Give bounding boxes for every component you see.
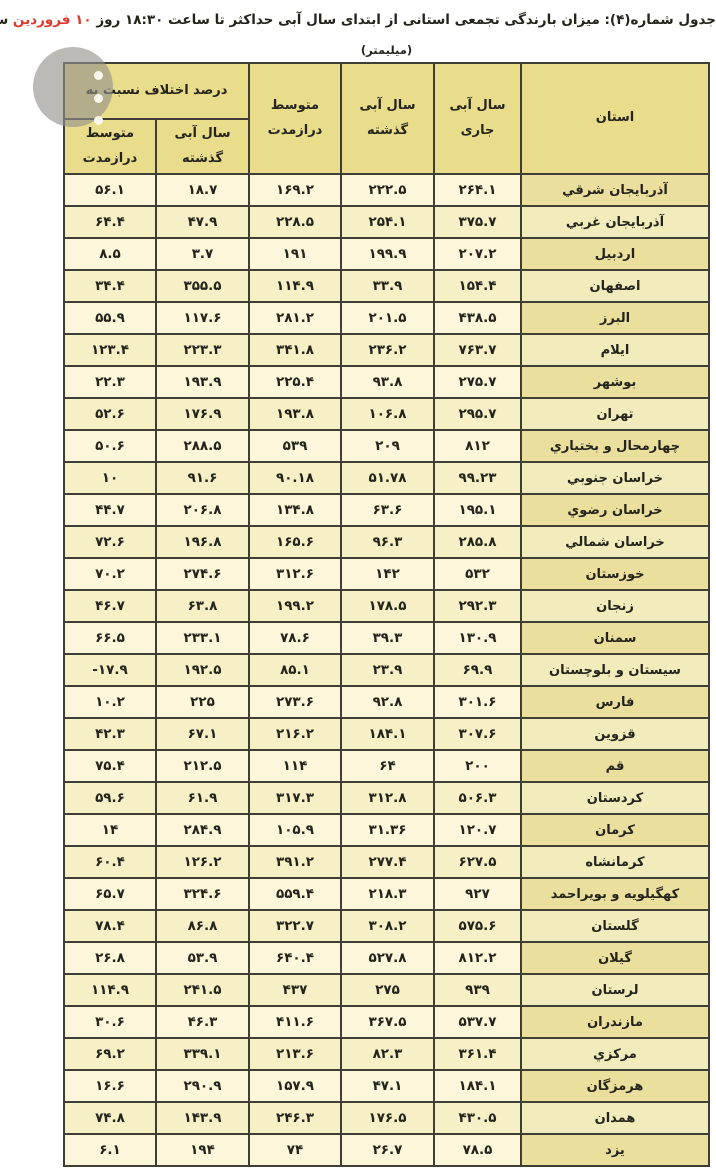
- cell-value: ۱۰: [64, 462, 156, 494]
- cell-value: ۲۸۱.۲: [249, 302, 341, 334]
- cell-province: همدان: [521, 1102, 709, 1134]
- cell-value: ۱۵۷.۹: [249, 1070, 341, 1102]
- cell-value: ۵۹.۶: [64, 782, 156, 814]
- cell-value: ۱۸۴.۱: [341, 718, 434, 750]
- cell-province: گلستان: [521, 910, 709, 942]
- cell-value: ۲۷۴.۶: [156, 558, 249, 590]
- rainfall-table: استان سال آبی جاری سال آبی گذشته متوسط د…: [63, 62, 710, 1167]
- cell-value: ۷۸.۶: [249, 622, 341, 654]
- cell-value: -۱۷.۹: [64, 654, 156, 686]
- menu-dot-icon: [94, 94, 103, 103]
- cell-value: ۱۸.۷: [156, 174, 249, 206]
- table-row: کرمانشاه۶۲۷.۵۲۷۷.۴۳۹۱.۲۱۲۶.۲۶۰.۴: [64, 846, 709, 878]
- table-row: کهگیلویه و بویراحمد۹۲۷۲۱۸.۳۵۵۹.۴۳۲۴.۶۶۵.…: [64, 878, 709, 910]
- cell-value: ۱۲۶.۲: [156, 846, 249, 878]
- cell-value: ۲۷۳.۶: [249, 686, 341, 718]
- cell-province: کهگیلویه و بویراحمد: [521, 878, 709, 910]
- cell-value: ۱۷۶.۵: [341, 1102, 434, 1134]
- cell-value: ۲۷۵: [341, 974, 434, 1006]
- cell-province: البرز: [521, 302, 709, 334]
- table-row: یزد۷۸.۵۲۶.۷۷۴۱۹۴۶.۱: [64, 1134, 709, 1166]
- cell-value: ۴۳۸.۵: [434, 302, 521, 334]
- cell-value: ۲۲۳.۳: [156, 334, 249, 366]
- table-header: استان سال آبی جاری سال آبی گذشته متوسط د…: [64, 63, 709, 174]
- cell-value: ۸۲.۳: [341, 1038, 434, 1070]
- cell-value: ۳۱۷.۳: [249, 782, 341, 814]
- cell-province: آذربایجان غربي: [521, 206, 709, 238]
- table-row: تهران۲۹۵.۷۱۰۶.۸۱۹۳.۸۱۷۶.۹۵۲.۶: [64, 398, 709, 430]
- cell-value: ۹۶.۳: [341, 526, 434, 558]
- cell-value: ۲۵۴.۱: [341, 206, 434, 238]
- cell-value: ۳۹.۳: [341, 622, 434, 654]
- cell-value: ۳۳.۹: [341, 270, 434, 302]
- cell-value: ۶۷.۱: [156, 718, 249, 750]
- cell-province: بوشهر: [521, 366, 709, 398]
- cell-value: ۲۴۱.۵: [156, 974, 249, 1006]
- col-header-current-year: سال آبی جاری: [434, 63, 521, 174]
- cell-value: ۶۴: [341, 750, 434, 782]
- cell-value: ۵۶.۱: [64, 174, 156, 206]
- cell-value: ۸.۵: [64, 238, 156, 270]
- cell-value: ۳۱.۳۶: [341, 814, 434, 846]
- cell-province: خراسان جنوبي: [521, 462, 709, 494]
- cell-value: ۳۲۴.۶: [156, 878, 249, 910]
- cell-value: ۴۶.۷: [64, 590, 156, 622]
- table-row: اصفهان۱۵۴.۴۳۳.۹۱۱۴.۹۳۵۵.۵۳۴.۴: [64, 270, 709, 302]
- cell-value: ۹۳.۸: [341, 366, 434, 398]
- cell-value: ۸۱۲: [434, 430, 521, 462]
- table-row: چهارمحال و بختیاري۸۱۲۲۰۹۵۳۹۲۸۸.۵۵۰.۶: [64, 430, 709, 462]
- table-row: آذربایجان شرقي۲۶۴.۱۲۲۲.۵۱۶۹.۲۱۸.۷۵۶.۱: [64, 174, 709, 206]
- cell-value: ۶۰.۴: [64, 846, 156, 878]
- table-body: آذربایجان شرقي۲۶۴.۱۲۲۲.۵۱۶۹.۲۱۸.۷۵۶.۱آذر…: [64, 174, 709, 1166]
- cell-value: ۳۴۱.۸: [249, 334, 341, 366]
- table-row: خراسان رضوي۱۹۵.۱۶۳.۶۱۳۴.۸۲۰۶.۸۴۴.۷: [64, 494, 709, 526]
- cell-value: ۱۹۲.۵: [156, 654, 249, 686]
- cell-value: ۵۷۵.۶: [434, 910, 521, 942]
- cell-value: ۶۴.۴: [64, 206, 156, 238]
- cell-value: ۵۳.۹: [156, 942, 249, 974]
- table-row: قم۲۰۰۶۴۱۱۴۲۱۲.۵۷۵.۴: [64, 750, 709, 782]
- cell-value: ۱۹۵.۱: [434, 494, 521, 526]
- cell-value: ۱۶۹.۲: [249, 174, 341, 206]
- cell-value: ۷۸.۴: [64, 910, 156, 942]
- cell-value: ۵۲۷.۸: [341, 942, 434, 974]
- cell-value: ۲۰۱.۵: [341, 302, 434, 334]
- table-row: زنجان۲۹۲.۳۱۷۸.۵۱۹۹.۲۶۳.۸۴۶.۷: [64, 590, 709, 622]
- table-row: کرمان۱۲۰.۷۳۱.۳۶۱۰۵.۹۲۸۴.۹۱۴: [64, 814, 709, 846]
- col-header-diff-previous-year: سال آبی گذشته: [156, 119, 249, 174]
- cell-value: ۲۴۶.۳: [249, 1102, 341, 1134]
- cell-value: ۲۹۰.۹: [156, 1070, 249, 1102]
- table-row: گلستان۵۷۵.۶۳۰۸.۲۳۲۲.۷۸۶.۸۷۸.۴: [64, 910, 709, 942]
- cell-value: ۲۹۲.۳: [434, 590, 521, 622]
- cell-value: ۳۱۲.۸: [341, 782, 434, 814]
- cell-value: ۱۰۵.۹: [249, 814, 341, 846]
- cell-province: فارس: [521, 686, 709, 718]
- cell-value: ۳۶۷.۵: [341, 1006, 434, 1038]
- cell-value: ۱۰۶.۸: [341, 398, 434, 430]
- cell-value: ۵۲.۶: [64, 398, 156, 430]
- cell-value: ۶۳.۶: [341, 494, 434, 526]
- cell-value: ۱۶.۶: [64, 1070, 156, 1102]
- cell-value: ۱۹۶.۸: [156, 526, 249, 558]
- cell-province: هرمزگان: [521, 1070, 709, 1102]
- cell-value: ۴۳۰.۵: [434, 1102, 521, 1134]
- cell-value: ۳۲۲.۷: [249, 910, 341, 942]
- cell-value: ۴۴.۷: [64, 494, 156, 526]
- cell-value: ۹۰.۱۸: [249, 462, 341, 494]
- cell-value: ۲۶۴.۱: [434, 174, 521, 206]
- table-row: گیلان۸۱۲.۲۵۲۷.۸۶۴۰.۴۵۳.۹۲۶.۸: [64, 942, 709, 974]
- cell-value: ۲۸۴.۹: [156, 814, 249, 846]
- cell-value: ۲۱۲.۵: [156, 750, 249, 782]
- cell-value: ۲۱۶.۲: [249, 718, 341, 750]
- cell-value: ۵۳۲: [434, 558, 521, 590]
- cell-value: ۲۰۰: [434, 750, 521, 782]
- cell-value: ۱۹۳.۸: [249, 398, 341, 430]
- cell-value: ۱۱۴: [249, 750, 341, 782]
- table-row: مرکزي۳۶۱.۴۸۲.۳۲۱۳.۶۳۳۹.۱۶۹.۲: [64, 1038, 709, 1070]
- cell-value: ۶۹.۹: [434, 654, 521, 686]
- cell-value: ۴۷.۹: [156, 206, 249, 238]
- cell-value: ۵۰۶.۳: [434, 782, 521, 814]
- cell-value: ۱۵۴.۴: [434, 270, 521, 302]
- cell-value: ۹۲.۸: [341, 686, 434, 718]
- cell-province: آذربایجان شرقي: [521, 174, 709, 206]
- cell-value: ۸۱۲.۲: [434, 942, 521, 974]
- cell-value: ۱۳۴.۸: [249, 494, 341, 526]
- cell-value: ۲۹۵.۷: [434, 398, 521, 430]
- col-header-diff-longterm-avg: متوسط درازمدت: [64, 119, 156, 174]
- cell-value: ۹۹.۲۳: [434, 462, 521, 494]
- cell-province: خوزستان: [521, 558, 709, 590]
- cell-province: قم: [521, 750, 709, 782]
- cell-value: ۳۰۸.۲: [341, 910, 434, 942]
- cell-province: لرستان: [521, 974, 709, 1006]
- menu-dot-icon: [94, 116, 103, 125]
- cell-value: ۲۲۲.۵: [341, 174, 434, 206]
- cell-province: کردستان: [521, 782, 709, 814]
- table-row: مازندران۵۳۷.۷۳۶۷.۵۴۱۱.۶۴۶.۳۳۰.۶: [64, 1006, 709, 1038]
- cell-value: ۲۶.۸: [64, 942, 156, 974]
- cell-province: مازندران: [521, 1006, 709, 1038]
- cell-value: ۲۰۷.۲: [434, 238, 521, 270]
- cell-value: ۳.۷: [156, 238, 249, 270]
- cell-value: ۱۴: [64, 814, 156, 846]
- cell-province: خراسان شمالي: [521, 526, 709, 558]
- cell-value: ۱۴۳.۹: [156, 1102, 249, 1134]
- title-suffix: سال آبی ۹۷-۹۸: [0, 12, 13, 28]
- table-row: هرمزگان۱۸۴.۱۴۷.۱۱۵۷.۹۲۹۰.۹۱۶.۶: [64, 1070, 709, 1102]
- cell-province: کرمان: [521, 814, 709, 846]
- title-prefix: جدول شماره(۴): میزان بارندگی تجمعی استان…: [92, 12, 716, 28]
- cell-value: ۲۲۵.۴: [249, 366, 341, 398]
- cell-value: ۶۳.۸: [156, 590, 249, 622]
- cell-province: یزد: [521, 1134, 709, 1166]
- cell-value: ۵۳۹: [249, 430, 341, 462]
- cell-province: اردبیل: [521, 238, 709, 270]
- cell-value: ۲۲۵: [156, 686, 249, 718]
- cell-value: ۲۳۳.۱: [156, 622, 249, 654]
- cell-value: ۳۱۲.۶: [249, 558, 341, 590]
- cell-value: ۲۲.۳: [64, 366, 156, 398]
- cell-value: ۵۰.۶: [64, 430, 156, 462]
- cell-province: قزوین: [521, 718, 709, 750]
- table-row: خراسان شمالي۲۸۵.۸۹۶.۳۱۶۵.۶۱۹۶.۸۷۲.۶: [64, 526, 709, 558]
- table-row: البرز۴۳۸.۵۲۰۱.۵۲۸۱.۲۱۱۷.۶۵۵.۹: [64, 302, 709, 334]
- cell-value: ۲۰۶.۸: [156, 494, 249, 526]
- cell-value: ۶۱.۹: [156, 782, 249, 814]
- cell-province: خراسان رضوي: [521, 494, 709, 526]
- cell-value: ۵۵.۹: [64, 302, 156, 334]
- cell-province: گیلان: [521, 942, 709, 974]
- cell-province: کرمانشاه: [521, 846, 709, 878]
- cell-value: ۴۶.۳: [156, 1006, 249, 1038]
- cell-province: سمنان: [521, 622, 709, 654]
- table-row: اردبیل۲۰۷.۲۱۹۹.۹۱۹۱۳.۷۸.۵: [64, 238, 709, 270]
- cell-value: ۷۵.۴: [64, 750, 156, 782]
- page: جدول شماره(۴): میزان بارندگی تجمعی استان…: [0, 0, 716, 1171]
- cell-value: ۵۳۷.۷: [434, 1006, 521, 1038]
- cell-value: ۲۳.۹: [341, 654, 434, 686]
- cell-value: ۴۷.۱: [341, 1070, 434, 1102]
- menu-dot-icon: [94, 71, 103, 80]
- cell-value: ۹۳۹: [434, 974, 521, 1006]
- cell-province: سیستان و بلوچستان: [521, 654, 709, 686]
- cell-value: ۸۶.۸: [156, 910, 249, 942]
- cell-value: ۳۹۱.۲: [249, 846, 341, 878]
- cell-province: چهارمحال و بختیاري: [521, 430, 709, 462]
- cell-value: ۳۶۱.۴: [434, 1038, 521, 1070]
- cell-value: ۳۰.۶: [64, 1006, 156, 1038]
- cell-value: ۵۵۹.۴: [249, 878, 341, 910]
- cell-value: ۹۲۷: [434, 878, 521, 910]
- table-row: سمنان۱۳۰.۹۳۹.۳۷۸.۶۲۳۳.۱۶۶.۵: [64, 622, 709, 654]
- table-row: ایلام۷۶۳.۷۲۳۶.۲۳۴۱.۸۲۲۳.۳۱۲۳.۴: [64, 334, 709, 366]
- cell-value: ۷۴: [249, 1134, 341, 1166]
- table-row: لرستان۹۳۹۲۷۵۴۳۷۲۴۱.۵۱۱۴.۹: [64, 974, 709, 1006]
- table-row: کردستان۵۰۶.۳۳۱۲.۸۳۱۷.۳۶۱.۹۵۹.۶: [64, 782, 709, 814]
- table-row: همدان۴۳۰.۵۱۷۶.۵۲۴۶.۳۱۴۳.۹۷۴.۸: [64, 1102, 709, 1134]
- cell-value: ۱۹۳.۹: [156, 366, 249, 398]
- table-title: جدول شماره(۴): میزان بارندگی تجمعی استان…: [0, 12, 716, 28]
- cell-value: ۳۰۱.۶: [434, 686, 521, 718]
- cell-value: ۱۰.۲: [64, 686, 156, 718]
- cell-value: ۲۷۵.۷: [434, 366, 521, 398]
- cell-value: ۳۷۵.۷: [434, 206, 521, 238]
- table-row: سیستان و بلوچستان۶۹.۹۲۳.۹۸۵.۱۱۹۲.۵-۱۷.۹: [64, 654, 709, 686]
- cell-value: ۲۰۹: [341, 430, 434, 462]
- cell-value: ۶۶.۵: [64, 622, 156, 654]
- cell-value: ۷۶۳.۷: [434, 334, 521, 366]
- cell-value: ۶۴۰.۴: [249, 942, 341, 974]
- cell-value: ۵۱.۷۸: [341, 462, 434, 494]
- cell-value: ۸۵.۱: [249, 654, 341, 686]
- cell-value: ۲۱۸.۳: [341, 878, 434, 910]
- floating-menu-overlay[interactable]: [33, 47, 113, 127]
- cell-value: ۱۹۱: [249, 238, 341, 270]
- cell-value: ۷۸.۵: [434, 1134, 521, 1166]
- cell-value: ۴۲.۳: [64, 718, 156, 750]
- cell-value: ۱۱۴.۹: [249, 270, 341, 302]
- cell-value: ۶۲۷.۵: [434, 846, 521, 878]
- table-row: بوشهر۲۷۵.۷۹۳.۸۲۲۵.۴۱۹۳.۹۲۲.۳: [64, 366, 709, 398]
- table-row: خراسان جنوبي۹۹.۲۳۵۱.۷۸۹۰.۱۸۹۱.۶۱۰: [64, 462, 709, 494]
- table-row: خوزستان۵۳۲۱۴۲۳۱۲.۶۲۷۴.۶۷۰.۲: [64, 558, 709, 590]
- cell-value: ۲۶.۷: [341, 1134, 434, 1166]
- cell-value: ۱۳۰.۹: [434, 622, 521, 654]
- cell-province: ایلام: [521, 334, 709, 366]
- cell-province: تهران: [521, 398, 709, 430]
- table-row: قزوین۳۰۷.۶۱۸۴.۱۲۱۶.۲۶۷.۱۴۲.۳: [64, 718, 709, 750]
- cell-value: ۴۳۷: [249, 974, 341, 1006]
- cell-value: ۷۰.۲: [64, 558, 156, 590]
- cell-province: مرکزي: [521, 1038, 709, 1070]
- cell-value: ۳۵۵.۵: [156, 270, 249, 302]
- cell-value: ۱۹۹.۹: [341, 238, 434, 270]
- cell-value: ۱۷۸.۵: [341, 590, 434, 622]
- cell-value: ۲۳۶.۲: [341, 334, 434, 366]
- cell-value: ۷۴.۸: [64, 1102, 156, 1134]
- cell-value: ۱۲۰.۷: [434, 814, 521, 846]
- title-date-highlight: ۱۰ فروردین: [13, 12, 92, 28]
- cell-value: ۱۸۴.۱: [434, 1070, 521, 1102]
- cell-value: ۱۷۶.۹: [156, 398, 249, 430]
- cell-value: ۲۷۷.۴: [341, 846, 434, 878]
- table-row: فارس۳۰۱.۶۹۲.۸۲۷۳.۶۲۲۵۱۰.۲: [64, 686, 709, 718]
- cell-value: ۱۶۵.۶: [249, 526, 341, 558]
- cell-value: ۲۲۸.۵: [249, 206, 341, 238]
- cell-value: ۱۴۲: [341, 558, 434, 590]
- cell-value: ۱۲۳.۴: [64, 334, 156, 366]
- cell-value: ۷۲.۶: [64, 526, 156, 558]
- cell-value: ۶.۱: [64, 1134, 156, 1166]
- col-header-longterm-avg: متوسط درازمدت: [249, 63, 341, 174]
- col-header-previous-year: سال آبی گذشته: [341, 63, 434, 174]
- cell-value: ۹۱.۶: [156, 462, 249, 494]
- col-header-province: استان: [521, 63, 709, 174]
- cell-province: اصفهان: [521, 270, 709, 302]
- cell-value: ۱۹۴: [156, 1134, 249, 1166]
- cell-value: ۲۱۳.۶: [249, 1038, 341, 1070]
- table-row: آذربایجان غربي۳۷۵.۷۲۵۴.۱۲۲۸.۵۴۷.۹۶۴.۴: [64, 206, 709, 238]
- cell-value: ۱۱۴.۹: [64, 974, 156, 1006]
- cell-value: ۶۹.۲: [64, 1038, 156, 1070]
- cell-value: ۳۴.۴: [64, 270, 156, 302]
- unit-label: (میلیمتر): [63, 43, 710, 57]
- cell-value: ۳۰۷.۶: [434, 718, 521, 750]
- cell-value: ۱۱۷.۶: [156, 302, 249, 334]
- cell-value: ۲۸۵.۸: [434, 526, 521, 558]
- cell-value: ۱۹۹.۲: [249, 590, 341, 622]
- cell-value: ۳۳۹.۱: [156, 1038, 249, 1070]
- cell-value: ۴۱۱.۶: [249, 1006, 341, 1038]
- cell-value: ۶۵.۷: [64, 878, 156, 910]
- cell-province: زنجان: [521, 590, 709, 622]
- cell-value: ۲۸۸.۵: [156, 430, 249, 462]
